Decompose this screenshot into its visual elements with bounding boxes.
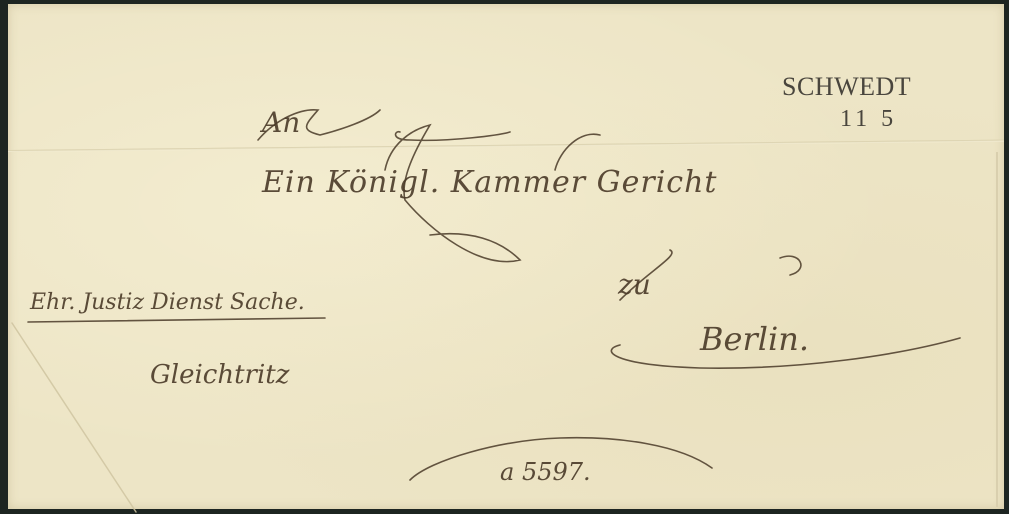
address-line-zu: zu xyxy=(618,268,651,301)
address-line-recipient: Ein Königl. Kammer Gericht xyxy=(262,165,717,200)
handwriting-strokes xyxy=(0,0,1009,514)
address-line-city: Berlin. xyxy=(700,320,809,358)
docket-number: a 5597. xyxy=(500,458,591,486)
service-note: Ehr. Justiz Dienst Sache. xyxy=(30,290,305,315)
address-line-an: An xyxy=(262,106,300,139)
sender-signature: Gleichtritz xyxy=(150,360,289,390)
